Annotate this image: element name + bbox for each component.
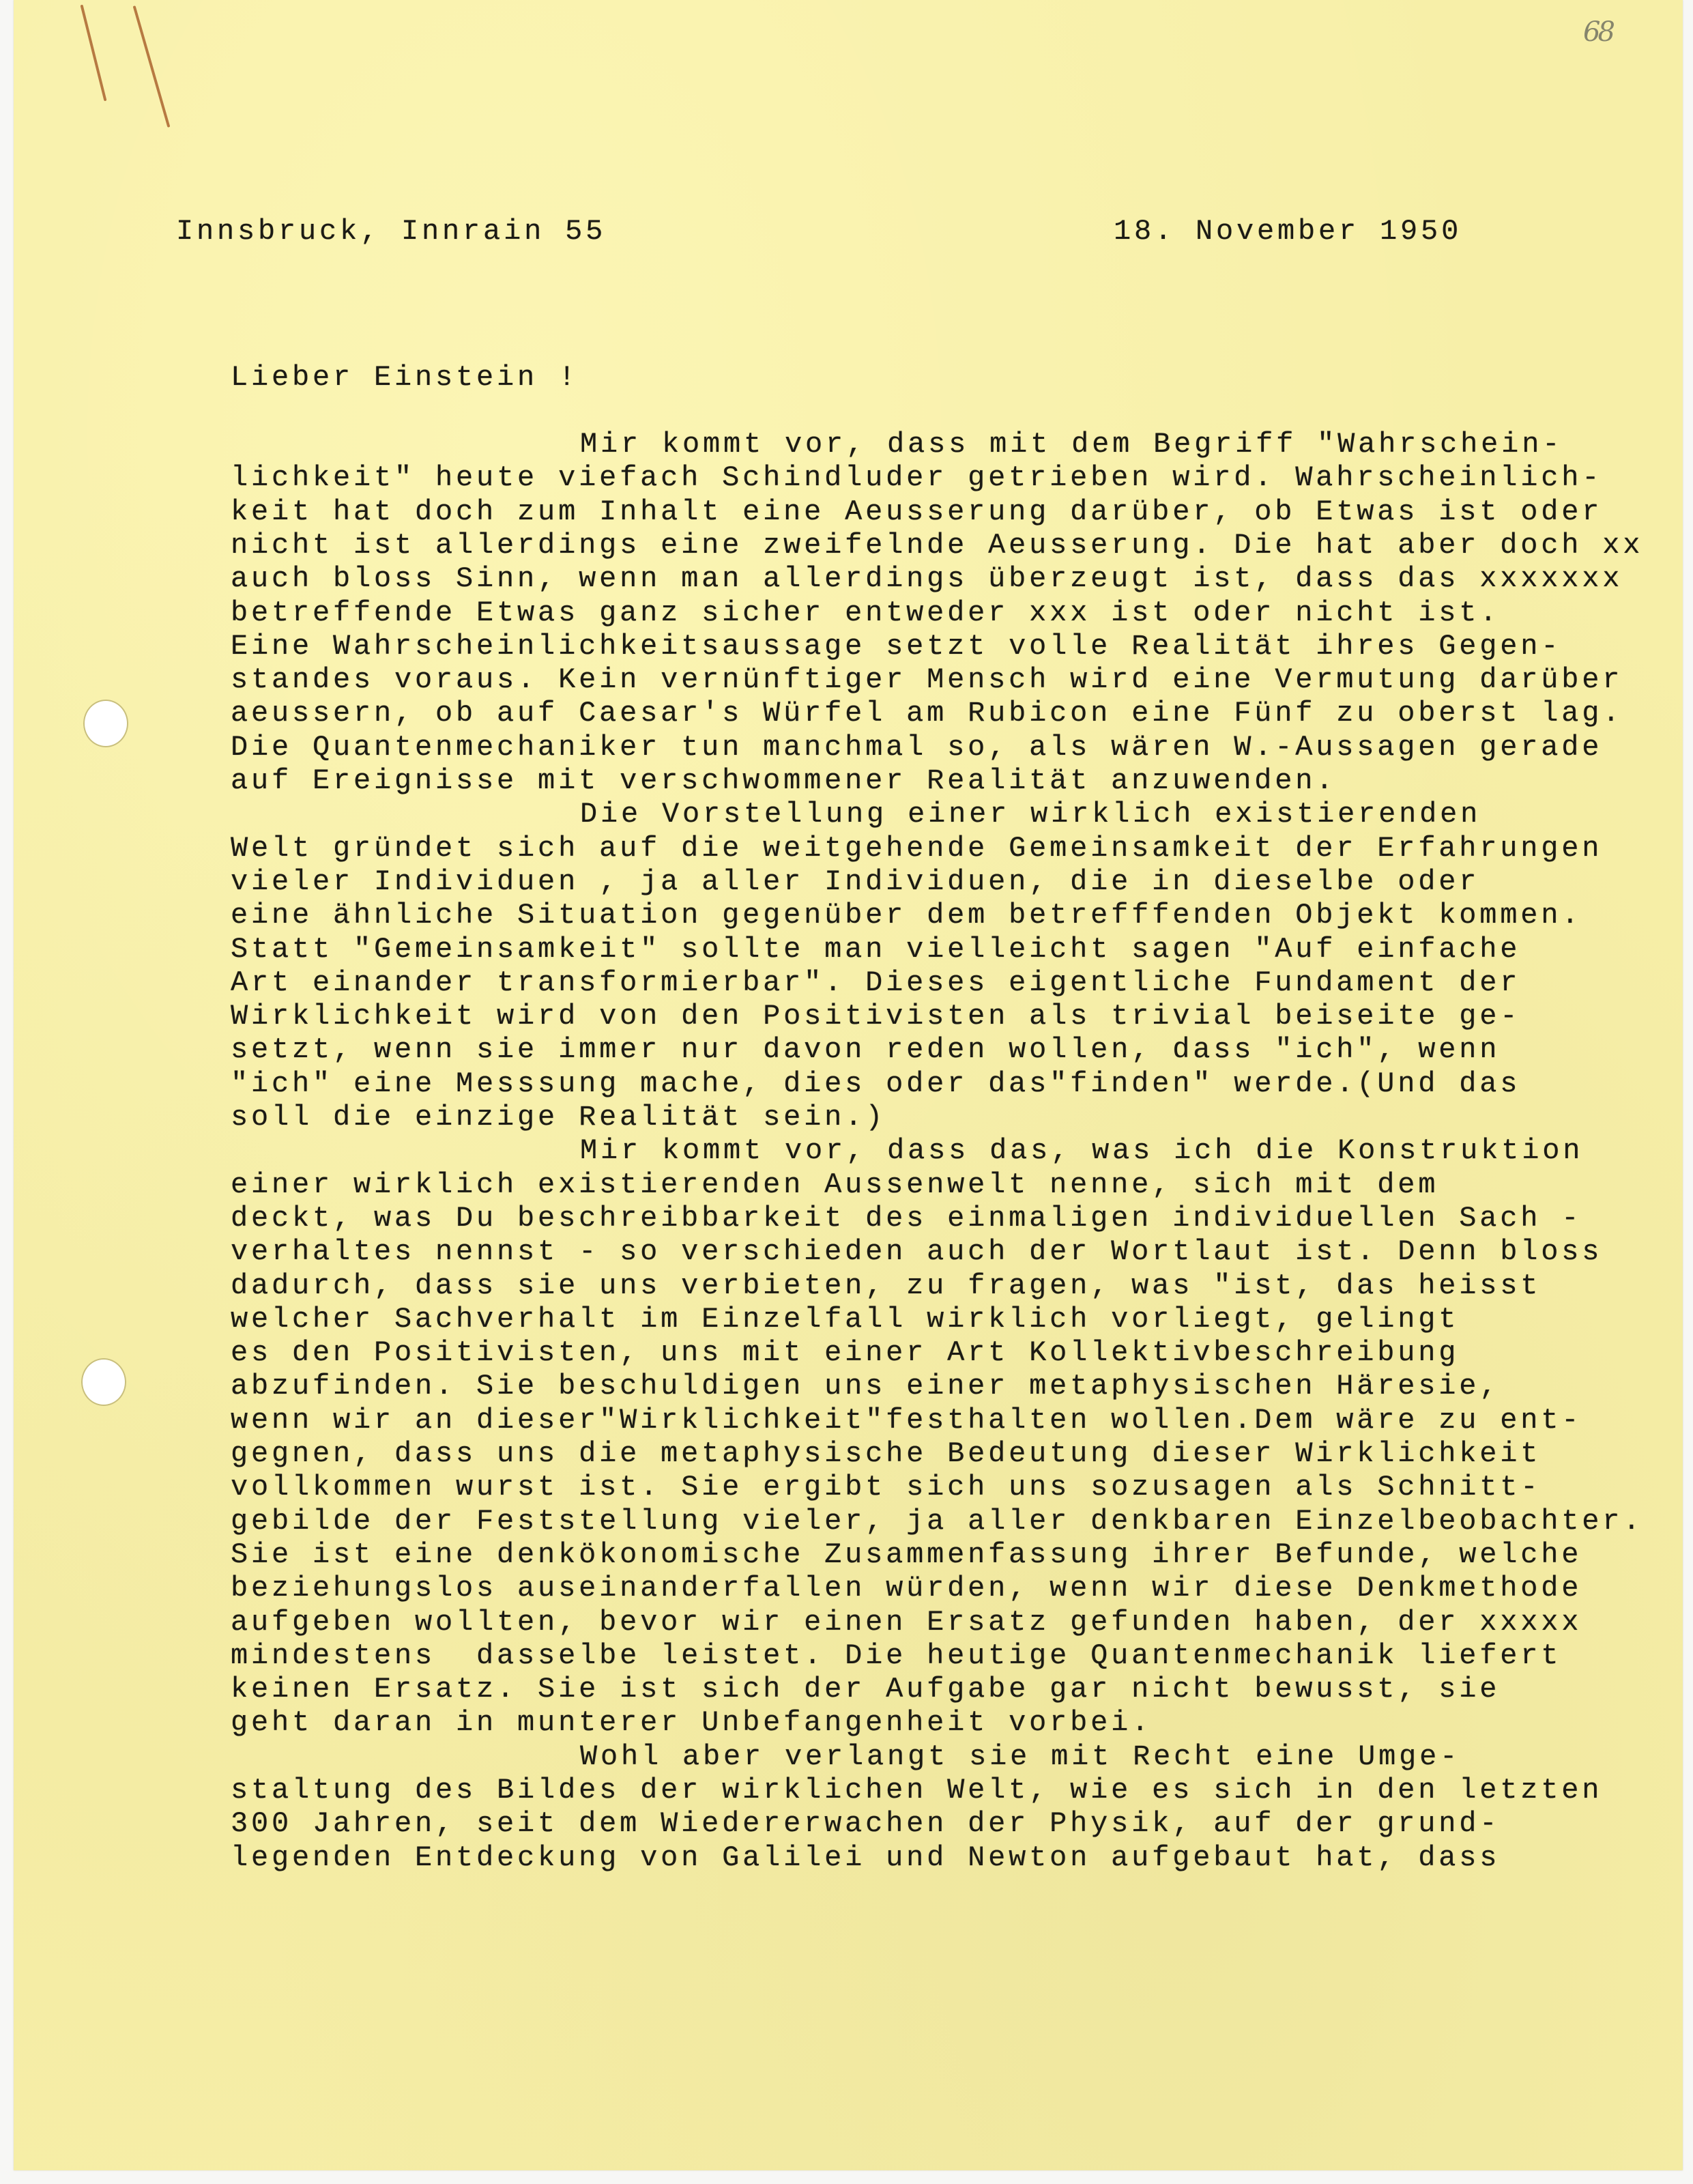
body-line: aeussern, ob auf Caesar's Würfel am Rubi… bbox=[231, 699, 1623, 728]
pencil-mark bbox=[81, 5, 107, 102]
body-line: Die Quantenmechaniker tun manchmal so, a… bbox=[231, 733, 1602, 762]
body-line: Statt "Gemeinsamkeit" sollte man viellei… bbox=[231, 935, 1520, 964]
paragraph-first-line: Mir kommt vor, dass mit dem Begriff "Wah… bbox=[580, 430, 1563, 459]
body-line: mindestens dasselbe leistet. Die heutige… bbox=[231, 1641, 1561, 1670]
paragraph-first-line: Mir kommt vor, dass das, was ich die Kon… bbox=[580, 1136, 1583, 1165]
punch-hole-bottom bbox=[81, 1358, 126, 1406]
body-line: staltung des Bildes der wirklichen Welt,… bbox=[231, 1776, 1602, 1805]
body-line: einer wirklich existierenden Aussenwelt … bbox=[231, 1170, 1438, 1199]
body-line: soll die einzige Realität sein.) bbox=[231, 1103, 886, 1132]
body-line: 300 Jahren, seit dem Wiedererwachen der … bbox=[231, 1809, 1500, 1838]
body-line: verhaltes nennst - so verschieden auch d… bbox=[231, 1237, 1602, 1266]
body-line: dadurch, dass sie uns verbieten, zu frag… bbox=[231, 1271, 1541, 1300]
paragraph-first-line: Wohl aber verlangt sie mit Recht eine Um… bbox=[580, 1742, 1460, 1771]
body-line: eine ähnliche Situation gegenüber dem be… bbox=[231, 901, 1582, 930]
body-line: deckt, was Du beschreibbarkeit des einma… bbox=[231, 1204, 1582, 1233]
letter-date: 18. November 1950 bbox=[1114, 217, 1462, 246]
body-line: welcher Sachverhalt im Einzelfall wirkli… bbox=[231, 1305, 1459, 1334]
body-line: abzufinden. Sie beschuldigen uns einer m… bbox=[231, 1372, 1500, 1400]
body-line: auf Ereignisse mit verschwommener Realit… bbox=[231, 766, 1336, 795]
punch-hole-top bbox=[83, 700, 128, 747]
body-line: "ich" eine Messsung mache, dies oder das… bbox=[231, 1069, 1520, 1098]
body-line: es den Positivisten, uns mit einer Art K… bbox=[231, 1338, 1459, 1367]
body-line: auch bloss Sinn, wenn man allerdings übe… bbox=[231, 564, 1623, 593]
body-line: Sie ist eine denkökonomische Zusammenfas… bbox=[231, 1540, 1582, 1569]
body-line: standes voraus. Kein vernünftiger Mensch… bbox=[231, 665, 1623, 694]
body-line: Art einander transformierbar". Dieses ei… bbox=[231, 968, 1520, 997]
paragraph-first-line: Die Vorstellung einer wirklich existiere… bbox=[580, 800, 1481, 829]
body-line: Eine Wahrscheinlichkeitsaussage setzt vo… bbox=[231, 632, 1561, 661]
folio-number: 68 bbox=[1583, 16, 1612, 48]
body-line: keinen Ersatz. Sie ist sich der Aufgabe … bbox=[231, 1675, 1500, 1704]
body-line: setzt, wenn sie immer nur davon reden wo… bbox=[231, 1035, 1500, 1064]
body-line: betreffende Etwas ganz sicher entweder x… bbox=[231, 599, 1500, 627]
body-line: Welt gründet sich auf die weitgehende Ge… bbox=[231, 834, 1602, 863]
body-line: beziehungslos auseinanderfallen würden, … bbox=[231, 1574, 1582, 1603]
body-line: geht daran in munterer Unbefangenheit vo… bbox=[231, 1708, 1152, 1737]
body-line: aufgeben wollten, bevor wir einen Ersatz… bbox=[231, 1608, 1582, 1637]
body-line: vollkommen wurst ist. Sie ergibt sich un… bbox=[231, 1473, 1541, 1501]
body-line: keit hat doch zum Inhalt eine Aeusserung… bbox=[231, 498, 1602, 526]
body-line: Wirklichkeit wird von den Positivisten a… bbox=[231, 1002, 1520, 1031]
body-line: lichkeit" heute viefach Schindluder getr… bbox=[231, 463, 1602, 492]
body-line: legenden Entdeckung von Galilei und Newt… bbox=[231, 1843, 1500, 1872]
sender-address: Innsbruck, Innrain 55 bbox=[176, 217, 606, 246]
body-line: nicht ist allerdings eine zweifelnde Aeu… bbox=[231, 531, 1643, 560]
salutation: Lieber Einstein ! bbox=[231, 363, 579, 392]
pencil-mark bbox=[133, 5, 171, 128]
body-line: vieler Individuen , ja aller Individuen,… bbox=[231, 867, 1479, 896]
body-line: gegnen, dass uns die metaphysische Bedeu… bbox=[231, 1439, 1541, 1468]
body-line: wenn wir an dieser"Wirklichkeit"festhalt… bbox=[231, 1406, 1582, 1435]
body-line: gebilde der Feststellung vieler, ja alle… bbox=[231, 1507, 1643, 1536]
